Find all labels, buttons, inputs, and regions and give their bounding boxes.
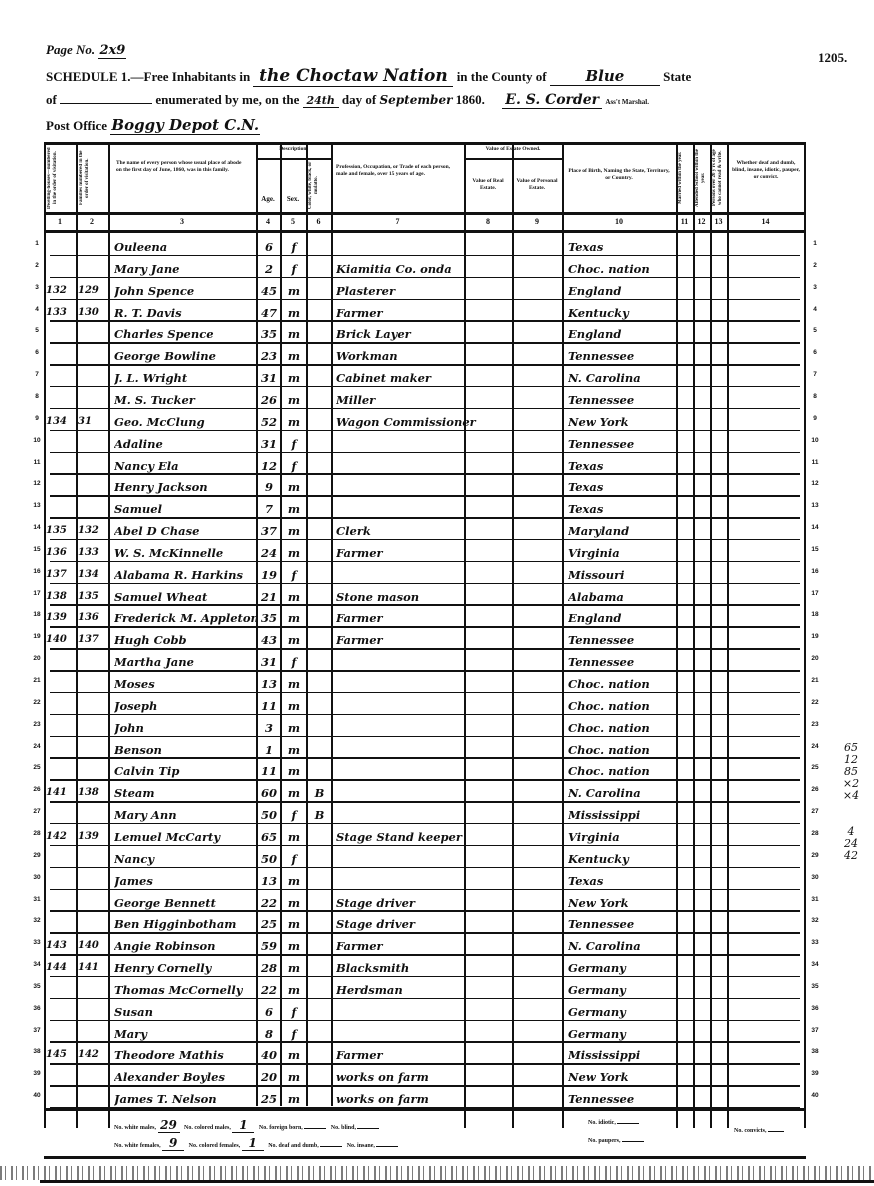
enumeration-line: of enumerated by me, on the 24th day of … xyxy=(46,92,649,109)
totals-row-1: No. white males, 29 No. colored males, 1… xyxy=(114,1118,379,1133)
line-number-left: 38 xyxy=(30,1048,44,1055)
line-number-right: 10 xyxy=(808,437,822,444)
cell-occupation: Clerk xyxy=(336,518,506,540)
header-married: Married within the year. xyxy=(678,146,692,210)
line-number-right: 27 xyxy=(808,808,822,815)
cell-sex: m xyxy=(282,1042,306,1064)
cell-color xyxy=(308,933,331,955)
cell-age: 7 xyxy=(258,496,280,518)
cell-name: Ben Higginbotham xyxy=(114,911,256,933)
cell-age: 47 xyxy=(258,300,280,322)
table-row: 142139Lemuel McCarty65mStage Stand keepe… xyxy=(44,824,806,846)
foreign-born-label: No. foreign born, xyxy=(259,1125,303,1131)
cell-dwelling xyxy=(46,431,76,453)
cell-dwelling xyxy=(46,321,76,343)
cell-family: 139 xyxy=(78,824,108,846)
insane-value xyxy=(376,1146,398,1147)
cell-color xyxy=(308,496,331,518)
cell-dwelling xyxy=(46,715,76,737)
cell-color xyxy=(308,977,331,999)
cell-sex: m xyxy=(282,496,306,518)
header-age: Age. xyxy=(258,196,278,203)
cell-family xyxy=(78,911,108,933)
cell-sex: m xyxy=(282,737,306,759)
cell-name: George Bowline xyxy=(114,343,256,365)
cell-dwelling xyxy=(46,365,76,387)
cell-dwelling: 144 xyxy=(46,955,76,977)
cell-family: 135 xyxy=(78,584,108,606)
table-row: 141138Steam60mBN. Carolina xyxy=(44,780,806,802)
cell-family xyxy=(78,649,108,671)
year: 1860. xyxy=(456,92,485,107)
line-number-right: 6 xyxy=(808,349,822,356)
cell-occupation xyxy=(336,474,506,496)
cell-family: 130 xyxy=(78,300,108,322)
cell-family: 138 xyxy=(78,780,108,802)
cell-color xyxy=(308,278,331,300)
table-row: 137134Alabama R. Harkins19fMissouri xyxy=(44,562,806,584)
cell-color xyxy=(308,671,331,693)
line-number-left: 17 xyxy=(30,590,44,597)
cell-birthplace: N. Carolina xyxy=(568,933,680,955)
cell-sex: m xyxy=(282,758,306,780)
header-color: Color, white, black, or mulatto. xyxy=(308,160,328,210)
cell-age: 6 xyxy=(258,234,280,256)
line-number-right: 39 xyxy=(808,1070,822,1077)
cell-occupation: Farmer xyxy=(336,933,506,955)
day-of-label: day of xyxy=(342,92,376,107)
page-number-value: 2x9 xyxy=(98,43,126,59)
cell-sex: m xyxy=(282,409,306,431)
cell-color xyxy=(308,1042,331,1064)
foreign-born-value xyxy=(304,1128,326,1129)
cell-color xyxy=(308,321,331,343)
cell-color xyxy=(308,562,331,584)
cell-dwelling xyxy=(46,1086,76,1108)
cell-sex: m xyxy=(282,300,306,322)
line-number-right: 2 xyxy=(808,262,822,269)
cell-age: 40 xyxy=(258,1042,280,1064)
state-label: State xyxy=(663,69,691,84)
cell-age: 3 xyxy=(258,715,280,737)
cell-age: 11 xyxy=(258,693,280,715)
cell-color xyxy=(308,693,331,715)
cell-birthplace: Choc. nation xyxy=(568,671,680,693)
line-number-right: 4 xyxy=(808,306,822,313)
line-number-left: 23 xyxy=(30,721,44,728)
line-number-right: 29 xyxy=(808,852,822,859)
cell-color xyxy=(308,955,331,977)
cell-birthplace: Tennessee xyxy=(568,911,680,933)
column-number: 13 xyxy=(710,217,727,226)
cell-name: James T. Nelson xyxy=(114,1086,256,1108)
of-label: of xyxy=(46,92,57,107)
cell-dwelling: 135 xyxy=(46,518,76,540)
cell-birthplace: Texas xyxy=(568,474,680,496)
cell-family xyxy=(78,1021,108,1043)
cell-dwelling xyxy=(46,496,76,518)
cell-birthplace: Tennessee xyxy=(568,1086,680,1108)
cell-sex: m xyxy=(282,715,306,737)
line-number-left: 32 xyxy=(30,917,44,924)
cell-sex: m xyxy=(282,824,306,846)
table-row: Calvin Tip11mChoc. nation xyxy=(44,758,806,780)
cell-color xyxy=(308,387,331,409)
cell-name: Nancy Ela xyxy=(114,453,256,475)
cell-occupation: Brick Layer xyxy=(336,321,506,343)
line-number-right: 17 xyxy=(808,590,822,597)
colored-males-value: 1 xyxy=(232,1118,254,1133)
table-row: Thomas McCornelly22mHerdsmanGermany xyxy=(44,977,806,999)
cell-birthplace: New York xyxy=(568,1064,680,1086)
cell-age: 23 xyxy=(258,343,280,365)
cell-family xyxy=(78,256,108,278)
cell-occupation xyxy=(336,715,506,737)
cell-name: Henry Jackson xyxy=(114,474,256,496)
table-row: Ben Higginbotham25mStage driverTennessee xyxy=(44,911,806,933)
cell-occupation: Workman xyxy=(336,343,506,365)
cell-sex: f xyxy=(282,999,306,1021)
cell-occupation: Stage driver xyxy=(336,890,506,912)
paupers-value xyxy=(622,1141,644,1142)
line-number-left: 20 xyxy=(30,655,44,662)
cell-family: 136 xyxy=(78,605,108,627)
line-number-left: 18 xyxy=(30,611,44,618)
idiotic-label: No. idiotic, xyxy=(588,1120,616,1126)
table-row: 143140Angie Robinson59mFarmerN. Carolina xyxy=(44,933,806,955)
cell-sex: m xyxy=(282,1086,306,1108)
cell-name: Hugh Cobb xyxy=(114,627,256,649)
line-number-left: 19 xyxy=(30,633,44,640)
cell-family xyxy=(78,1064,108,1086)
scan-edge-artifact xyxy=(40,1180,874,1183)
cell-name: Theodore Mathis xyxy=(114,1042,256,1064)
line-number-right: 18 xyxy=(808,611,822,618)
cell-occupation: works on farm xyxy=(336,1064,506,1086)
convicts-total: No. convicts, xyxy=(734,1128,784,1134)
cell-family xyxy=(78,234,108,256)
margin-tally-2: 4 24 42 xyxy=(836,826,866,862)
cell-sex: f xyxy=(282,453,306,475)
page-number-label: Page No. xyxy=(46,42,95,57)
cell-age: 28 xyxy=(258,955,280,977)
line-number-right: 21 xyxy=(808,677,822,684)
line-number-left: 36 xyxy=(30,1005,44,1012)
line-number-right: 32 xyxy=(808,917,822,924)
cell-occupation xyxy=(336,999,506,1021)
cell-name: Calvin Tip xyxy=(114,758,256,780)
cell-name: Moses xyxy=(114,671,256,693)
header-family: Families numbered in the order of visita… xyxy=(79,146,105,210)
white-females-value: 9 xyxy=(162,1136,184,1151)
margin-tally-1: 65 12 85 ×2 ×4 xyxy=(836,742,866,802)
cell-sex: m xyxy=(282,540,306,562)
cell-name: Susan xyxy=(114,999,256,1021)
cell-family xyxy=(78,474,108,496)
cell-family: 141 xyxy=(78,955,108,977)
cell-color xyxy=(308,540,331,562)
cell-age: 31 xyxy=(258,649,280,671)
cell-color xyxy=(308,474,331,496)
white-females-label: No. white females, xyxy=(114,1143,161,1149)
cell-dwelling xyxy=(46,671,76,693)
cell-age: 43 xyxy=(258,627,280,649)
line-number-right: 33 xyxy=(808,939,822,946)
cell-color xyxy=(308,365,331,387)
cell-birthplace: Tennessee xyxy=(568,343,680,365)
cell-occupation: Stage Stand keeper xyxy=(336,824,506,846)
cell-name: Alexander Boyles xyxy=(114,1064,256,1086)
line-number-left: 16 xyxy=(30,568,44,575)
cell-color xyxy=(308,256,331,278)
cell-birthplace: England xyxy=(568,278,680,300)
cell-birthplace: Texas xyxy=(568,234,680,256)
table-row: Joseph11mChoc. nation xyxy=(44,693,806,715)
cell-age: 50 xyxy=(258,846,280,868)
cell-sex: m xyxy=(282,671,306,693)
line-number-right: 31 xyxy=(808,896,822,903)
cell-sex: m xyxy=(282,1064,306,1086)
table-row: 139136Frederick M. Appleton35mFarmerEngl… xyxy=(44,605,806,627)
line-number-right: 12 xyxy=(808,480,822,487)
cell-dwelling xyxy=(46,234,76,256)
cell-name: George Bennett xyxy=(114,890,256,912)
cell-sex: f xyxy=(282,846,306,868)
header-sex: Sex. xyxy=(282,196,304,203)
post-office-value: Boggy Depot C.N. xyxy=(110,116,260,135)
cell-name: Lemuel McCarty xyxy=(114,824,256,846)
post-office-line: Post Office Boggy Depot C.N. xyxy=(46,116,260,135)
table-row: James13mTexas xyxy=(44,868,806,890)
cell-age: 26 xyxy=(258,387,280,409)
cell-age: 31 xyxy=(258,431,280,453)
cell-age: 9 xyxy=(258,474,280,496)
cell-occupation xyxy=(336,693,506,715)
table-row: George Bowline23mWorkmanTennessee xyxy=(44,343,806,365)
cell-sex: m xyxy=(282,911,306,933)
table-row: Alexander Boyles20mworks on farmNew York xyxy=(44,1064,806,1086)
line-number-left: 30 xyxy=(30,874,44,881)
cell-birthplace: Missouri xyxy=(568,562,680,584)
cell-family xyxy=(78,802,108,824)
table-row: Adaline31fTennessee xyxy=(44,431,806,453)
line-number-left: 1 xyxy=(30,240,44,247)
cell-color xyxy=(308,911,331,933)
cell-sex: m xyxy=(282,474,306,496)
cell-name: John xyxy=(114,715,256,737)
cell-occupation: Stage driver xyxy=(336,911,506,933)
cell-occupation xyxy=(336,234,506,256)
cell-age: 20 xyxy=(258,1064,280,1086)
cell-occupation: Kiamitia Co. onda xyxy=(336,256,506,278)
paupers-label: No. paupers, xyxy=(588,1138,621,1144)
cell-color xyxy=(308,234,331,256)
column-number: 12 xyxy=(693,217,710,226)
cell-age: 25 xyxy=(258,1086,280,1108)
cell-birthplace: England xyxy=(568,321,680,343)
table-row: Henry Jackson9mTexas xyxy=(44,474,806,496)
cell-age: 1 xyxy=(258,737,280,759)
cell-birthplace: Choc. nation xyxy=(568,693,680,715)
paupers-total: No. paupers, xyxy=(588,1138,644,1144)
cell-family xyxy=(78,1086,108,1108)
line-number-right: 34 xyxy=(808,961,822,968)
cell-dwelling: 140 xyxy=(46,627,76,649)
cell-name: W. S. McKinnelle xyxy=(114,540,256,562)
cell-color xyxy=(308,518,331,540)
line-number-left: 27 xyxy=(30,808,44,815)
blind-label: No. blind, xyxy=(331,1125,356,1131)
cell-color xyxy=(308,431,331,453)
cell-occupation: Farmer xyxy=(336,540,506,562)
cell-birthplace: Texas xyxy=(568,496,680,518)
cell-birthplace: Virginia xyxy=(568,540,680,562)
cell-dwelling xyxy=(46,649,76,671)
table-bottom-border xyxy=(44,1156,806,1159)
cell-age: 59 xyxy=(258,933,280,955)
page-number: Page No. 2x9 xyxy=(46,42,126,59)
header-divider xyxy=(44,212,806,215)
table-row: Samuel7mTexas xyxy=(44,496,806,518)
cell-color xyxy=(308,868,331,890)
cell-sex: m xyxy=(282,321,306,343)
cell-occupation xyxy=(336,496,506,518)
convicts-label: No. convicts, xyxy=(734,1128,767,1134)
cell-occupation: Blacksmith xyxy=(336,955,506,977)
line-number-right: 13 xyxy=(808,502,822,509)
cell-dwelling: 145 xyxy=(46,1042,76,1064)
colored-males-label: No. colored males, xyxy=(184,1125,231,1131)
line-number-right: 3 xyxy=(808,284,822,291)
cell-birthplace: N. Carolina xyxy=(568,365,680,387)
cell-age: 6 xyxy=(258,999,280,1021)
of-value xyxy=(60,103,152,104)
line-number-left: 22 xyxy=(30,699,44,706)
cell-color xyxy=(308,584,331,606)
cell-occupation: Farmer xyxy=(336,627,506,649)
cell-color xyxy=(308,737,331,759)
table-row: Moses13mChoc. nation xyxy=(44,671,806,693)
line-number-left: 3 xyxy=(30,284,44,291)
cell-color xyxy=(308,409,331,431)
line-number-right: 8 xyxy=(808,393,822,400)
cell-name: Joseph xyxy=(114,693,256,715)
line-number-left: 12 xyxy=(30,480,44,487)
sheet-number: 1205. xyxy=(818,50,847,66)
column-number: 1 xyxy=(44,217,76,226)
cell-occupation xyxy=(336,1021,506,1043)
line-number-right: 15 xyxy=(808,546,822,553)
group-header-divider xyxy=(464,158,562,160)
cell-age: 50 xyxy=(258,802,280,824)
header-school: Attended School within the year. xyxy=(695,146,709,210)
totals-row-2: No. white females, 9 No. colored females… xyxy=(114,1136,398,1151)
cell-birthplace: Maryland xyxy=(568,518,680,540)
cell-sex: f xyxy=(282,256,306,278)
cell-name: Samuel Wheat xyxy=(114,584,256,606)
cell-color xyxy=(308,846,331,868)
idiotic-total: No. idiotic, xyxy=(588,1120,639,1126)
line-number-right: 38 xyxy=(808,1048,822,1055)
cell-color xyxy=(308,1064,331,1086)
cell-occupation xyxy=(336,780,506,802)
cell-occupation xyxy=(336,562,506,584)
cell-name: John Spence xyxy=(114,278,256,300)
cell-occupation xyxy=(336,431,506,453)
cell-birthplace: Mississippi xyxy=(568,802,680,824)
line-number-right: 7 xyxy=(808,371,822,378)
column-number: 4 xyxy=(256,217,280,226)
cell-dwelling: 136 xyxy=(46,540,76,562)
schedule-label: SCHEDULE 1.—Free Inhabitants in xyxy=(46,69,250,84)
line-number-right: 14 xyxy=(808,524,822,531)
line-number-left: 25 xyxy=(30,764,44,771)
column-number: 9 xyxy=(512,217,562,226)
line-number-right: 19 xyxy=(808,633,822,640)
table-row: John3mChoc. nation xyxy=(44,715,806,737)
line-number-left: 31 xyxy=(30,896,44,903)
cell-occupation xyxy=(336,758,506,780)
cell-birthplace: Germany xyxy=(568,977,680,999)
cell-sex: f xyxy=(282,1021,306,1043)
cell-name: Mary xyxy=(114,1021,256,1043)
table-row: Ouleena6fTexas xyxy=(44,234,806,256)
cell-occupation xyxy=(336,846,506,868)
cell-family: 142 xyxy=(78,1042,108,1064)
convicts-value xyxy=(768,1131,784,1132)
cell-family xyxy=(78,715,108,737)
cell-name: Thomas McCornelly xyxy=(114,977,256,999)
table-row: James T. Nelson25mworks on farmTennessee xyxy=(44,1086,806,1108)
cell-dwelling: 132 xyxy=(46,278,76,300)
cell-birthplace: Virginia xyxy=(568,824,680,846)
cell-birthplace: N. Carolina xyxy=(568,780,680,802)
cell-name: Samuel xyxy=(114,496,256,518)
cell-name: Alabama R. Harkins xyxy=(114,562,256,584)
cell-birthplace: Tennessee xyxy=(568,387,680,409)
cell-dwelling: 143 xyxy=(46,933,76,955)
cell-color xyxy=(308,343,331,365)
line-number-right: 11 xyxy=(808,459,822,466)
cell-dwelling xyxy=(46,977,76,999)
column-number: 5 xyxy=(280,217,306,226)
line-number-right: 35 xyxy=(808,983,822,990)
line-number-left: 39 xyxy=(30,1070,44,1077)
cell-birthplace: Choc. nation xyxy=(568,256,680,278)
cell-family xyxy=(78,453,108,475)
cell-occupation xyxy=(336,671,506,693)
scan-edge-artifact xyxy=(0,1166,874,1180)
cell-sex: m xyxy=(282,518,306,540)
cell-name: R. T. Davis xyxy=(114,300,256,322)
cell-age: 35 xyxy=(258,605,280,627)
cell-dwelling xyxy=(46,868,76,890)
cell-sex: m xyxy=(282,693,306,715)
column-number: 10 xyxy=(562,217,676,226)
marshal-value: E. S. Corder xyxy=(502,92,602,109)
cell-family xyxy=(78,365,108,387)
table-row: 132129John Spence45mPlastererEngland xyxy=(44,278,806,300)
line-number-right: 26 xyxy=(808,786,822,793)
cell-family xyxy=(78,693,108,715)
line-number-left: 4 xyxy=(30,306,44,313)
cell-dwelling: 133 xyxy=(46,300,76,322)
cell-dwelling xyxy=(46,999,76,1021)
cell-dwelling xyxy=(46,256,76,278)
cell-dwelling xyxy=(46,911,76,933)
cell-age: 8 xyxy=(258,1021,280,1043)
cell-age: 37 xyxy=(258,518,280,540)
